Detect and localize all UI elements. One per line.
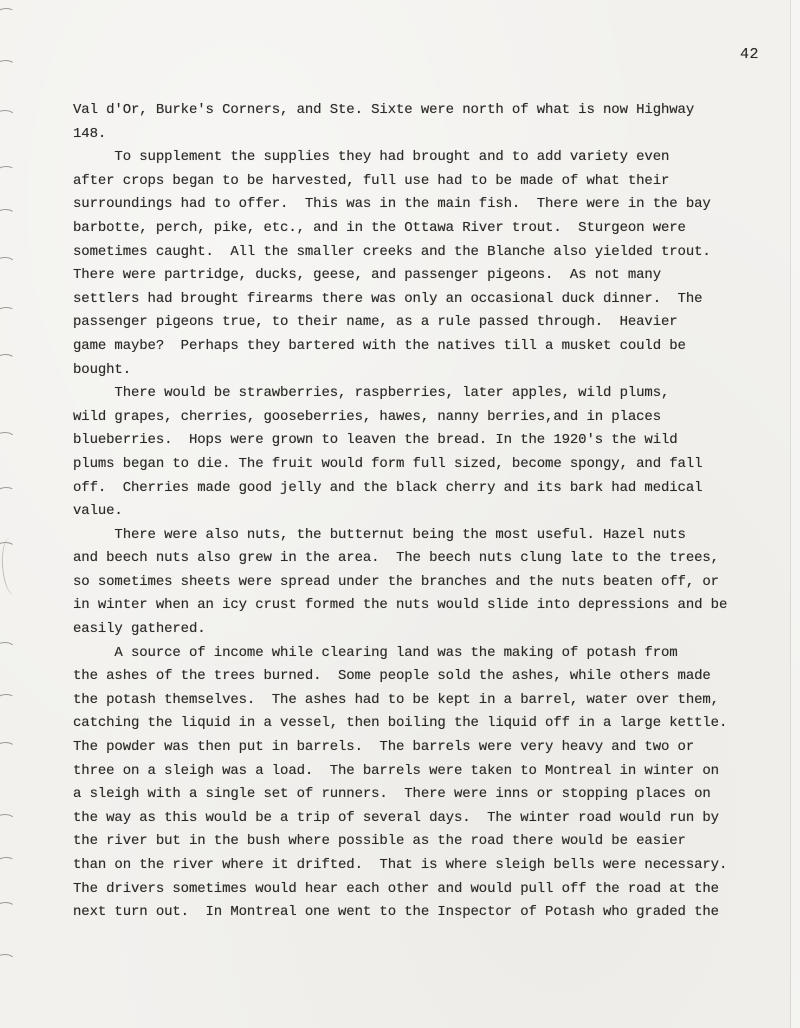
binding-mark xyxy=(0,693,15,705)
text-line: game maybe? Perhaps they bartered with t… xyxy=(73,335,753,359)
text-line: The drivers sometimes would hear each ot… xyxy=(73,878,753,902)
binding-mark xyxy=(0,109,15,121)
text-line: three on a sleigh was a load. The barrel… xyxy=(73,760,753,784)
text-line: barbotte, perch, pike, etc., and in the … xyxy=(73,217,753,241)
text-line: the potash themselves. The ashes had to … xyxy=(73,689,753,713)
text-line: settlers had brought firearms there was … xyxy=(73,288,753,312)
binding-mark xyxy=(0,60,15,71)
text-line: sometimes caught. All the smaller creeks… xyxy=(73,241,753,265)
text-line: next turn out. In Montreal one went to t… xyxy=(73,901,753,925)
text-line: catching the liquid in a vessel, then bo… xyxy=(73,712,753,736)
text-line: in winter when an icy crust formed the n… xyxy=(73,594,753,618)
text-line: the ashes of the trees burned. Some peop… xyxy=(73,665,753,689)
text-line: and beech nuts also grew in the area. Th… xyxy=(73,547,753,571)
text-line: a sleigh with a single set of runners. T… xyxy=(73,783,753,807)
binding-mark xyxy=(0,813,15,825)
text-line: wild grapes, cherries, gooseberries, haw… xyxy=(73,406,753,430)
binding-mark xyxy=(0,953,15,965)
paper-right-edge xyxy=(790,0,800,1028)
binding-mark xyxy=(0,354,15,365)
document-page: 42 Val d'Or, Burke's Corners, and Ste. S… xyxy=(0,0,800,1028)
text-line: the river but in the bush where possible… xyxy=(73,830,753,854)
binding-mark xyxy=(0,306,15,318)
page-number: 42 xyxy=(740,46,759,63)
text-line: the way as this would be a trip of sever… xyxy=(73,807,753,831)
text-line: The powder was then put in barrels. The … xyxy=(73,736,753,760)
binding-mark xyxy=(0,431,15,443)
text-line: value. xyxy=(73,500,753,524)
binding-mark xyxy=(0,856,15,868)
binding-mark xyxy=(0,486,15,498)
text-line: There would be strawberries, raspberries… xyxy=(73,382,753,406)
text-line: Val d'Or, Burke's Corners, and Ste. Sixt… xyxy=(73,99,753,123)
text-line: than on the river where it drifted. That… xyxy=(73,854,753,878)
text-line: 148. xyxy=(73,123,753,147)
text-line: off. Cherries made good jelly and the bl… xyxy=(73,477,753,501)
text-line: There were also nuts, the butternut bein… xyxy=(73,524,753,548)
binding-mark xyxy=(0,256,15,268)
binding-mark xyxy=(0,209,15,220)
text-line: easily gathered. xyxy=(73,618,753,642)
text-line: after crops began to be harvested, full … xyxy=(73,170,753,194)
binding-mark xyxy=(0,902,15,913)
text-line: To supplement the supplies they had brou… xyxy=(73,146,753,170)
text-line: so sometimes sheets were spread under th… xyxy=(73,571,753,595)
text-line: passenger pigeons true, to their name, a… xyxy=(73,311,753,335)
binding-mark xyxy=(0,742,15,753)
text-line: There were partridge, ducks, geese, and … xyxy=(73,264,753,288)
text-line: blueberries. Hops were grown to leaven t… xyxy=(73,429,753,453)
text-line: plums began to die. The fruit would form… xyxy=(73,453,753,477)
binding-mark xyxy=(0,641,15,653)
text-line: A source of income while clearing land w… xyxy=(73,642,753,666)
typewritten-text-block: Val d'Or, Burke's Corners, and Ste. Sixt… xyxy=(73,99,753,925)
binding-mark xyxy=(0,165,15,177)
text-line: bought. xyxy=(73,359,753,383)
text-line: surroundings had to offer. This was in t… xyxy=(73,193,753,217)
binding-mark xyxy=(0,7,15,19)
